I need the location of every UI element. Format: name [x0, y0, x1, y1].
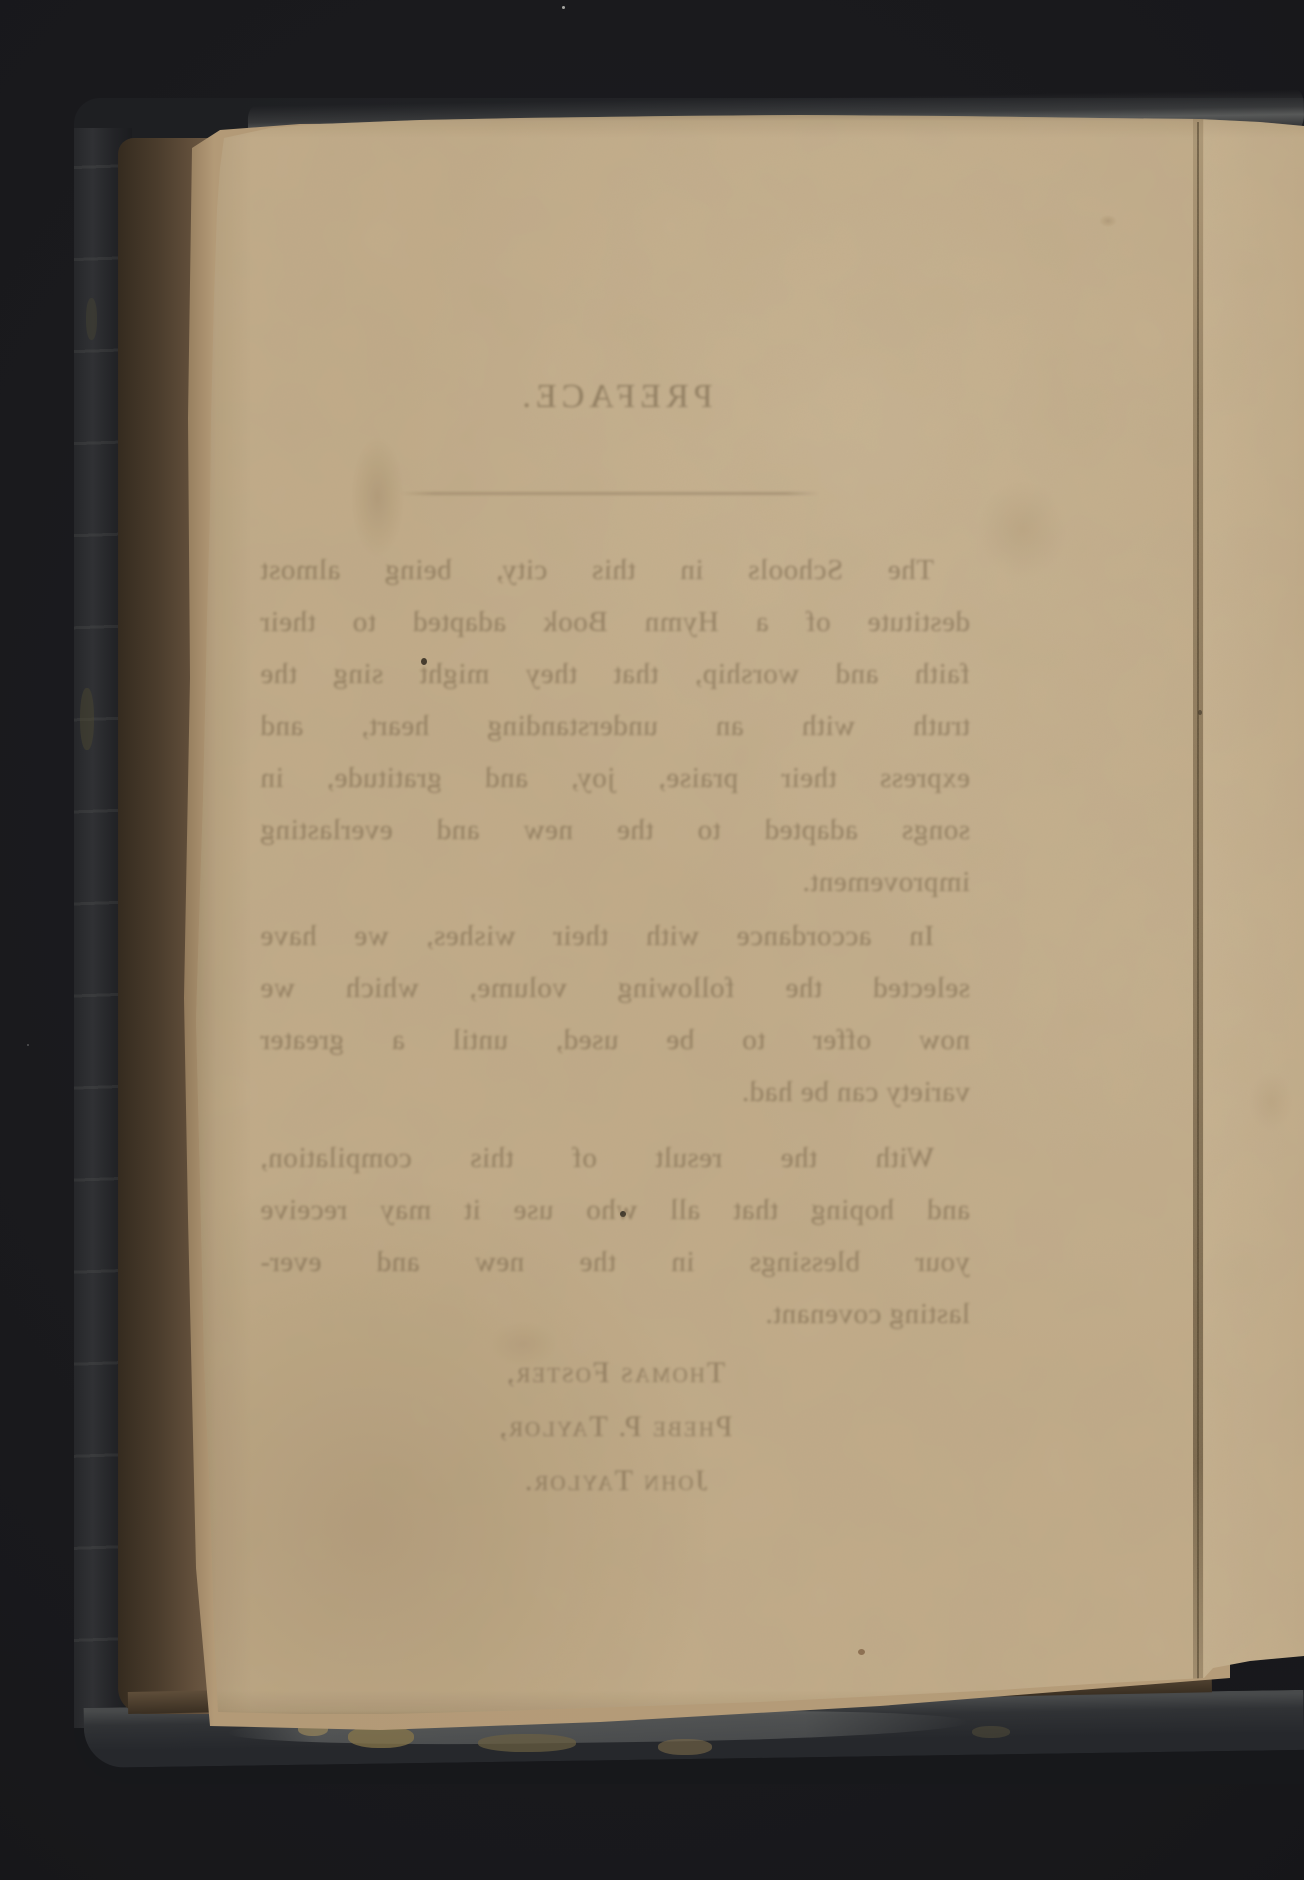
cover-wear-patch [86, 298, 97, 340]
cover-wear-patch [80, 688, 94, 750]
cover-wear-patch [658, 1739, 712, 1755]
dust-speck [27, 1044, 29, 1046]
book-page: PREFACE. The Schools in this city, being… [190, 112, 1304, 1720]
cover-wear-patch [972, 1726, 1010, 1738]
dust-speck [562, 6, 565, 9]
cover-wear-patch [478, 1734, 576, 1752]
book-scan-photo: PREFACE. The Schools in this city, being… [0, 0, 1304, 1880]
paper-grain-texture [190, 112, 1304, 1720]
